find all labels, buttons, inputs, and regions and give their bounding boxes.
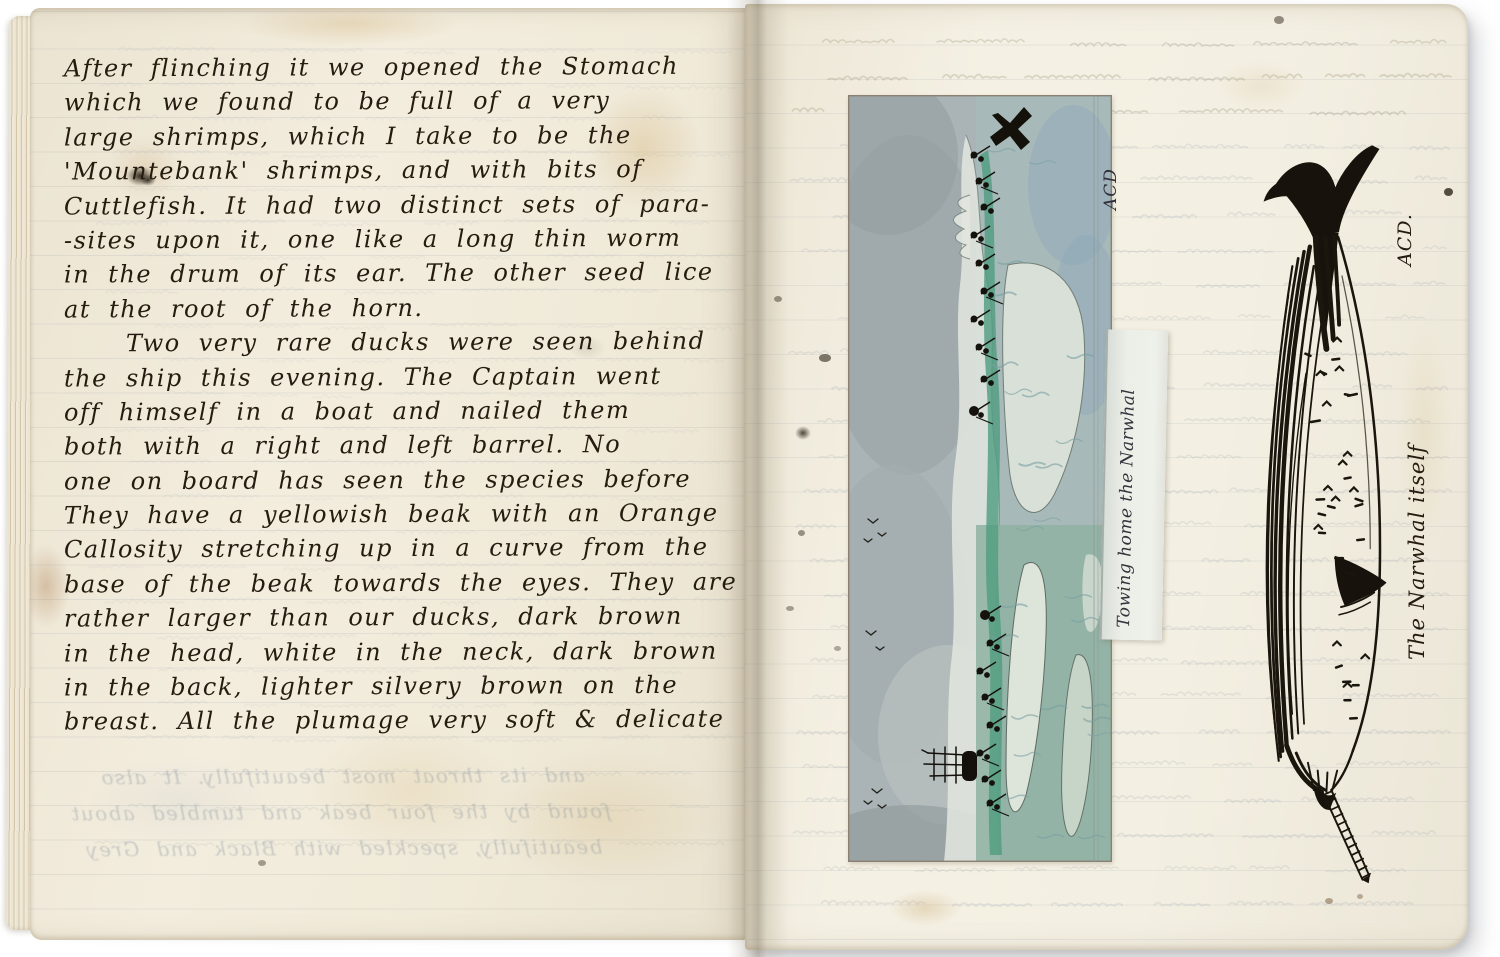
- ink-speck: [819, 354, 831, 362]
- ink-speck: [1444, 188, 1453, 196]
- watercolor-painting: [848, 95, 1112, 862]
- right-page: ACD Towing home the Narwhal: [745, 4, 1468, 950]
- diary-line: in the head, white in the neck, dark bro…: [64, 633, 746, 670]
- diary-entry-text: After flinching it we opened the Stomach…: [64, 50, 746, 738]
- bleed-through-line: and its throat most beautifully. It also: [100, 763, 585, 790]
- diary-line: 'Mountebank' shrimps, and with bits of: [64, 152, 746, 189]
- diary-line: both with a right and left barrel. No: [64, 427, 746, 464]
- bleed-through-line: beautifully, speckled with Black and Gre…: [85, 835, 603, 862]
- paper-speck: [258, 860, 266, 866]
- diary-line: breast. All the plumage very soft & deli…: [64, 702, 746, 739]
- diary-line: in the back, lighter silvery brown on th…: [64, 668, 746, 705]
- diary-line: in the drum of its ear. The other seed l…: [64, 255, 746, 292]
- narwhal-spots: [1305, 338, 1369, 719]
- diary-line: rather larger than our ducks, dark brown: [64, 599, 746, 636]
- bleed-through-line: found by the four beak and tumbled about: [70, 799, 611, 826]
- ink-blot: [795, 426, 811, 440]
- narwhal-tusk: [1324, 794, 1363, 880]
- paper-speck: [1325, 898, 1333, 904]
- diary-line: -sites upon it, one like a long thin wor…: [64, 220, 746, 257]
- watercolor-caption: Towing home the Narwhal: [1114, 348, 1140, 628]
- ink-speck: [798, 530, 805, 536]
- diary-line: one on board has seen the species before: [64, 461, 746, 498]
- diary-line: off himself in a boat and nailed them: [64, 392, 746, 429]
- narwhal-back-hatching: [1266, 247, 1322, 761]
- ink-speck: [834, 646, 841, 651]
- diary-line: large shrimps, which I take to be the: [64, 117, 746, 154]
- watercolor-signature: ACD: [1101, 120, 1121, 210]
- ink-drawing-signature: ACD.: [1394, 166, 1416, 266]
- diary-line: at the root of the horn.: [64, 289, 746, 326]
- paper-stain: [1215, 60, 1307, 112]
- ink-drawing-caption: The Narwhal itself: [1405, 350, 1429, 660]
- diary-line: base of the beak towards the eyes. They …: [64, 564, 746, 601]
- narwhal-ink-drawing: [1232, 132, 1417, 897]
- diary-line: They have a yellowish beak with an Orang…: [64, 496, 746, 533]
- diary-line: Cuttlefish. It had two distinct sets of …: [64, 186, 746, 223]
- diary-line: Two very rare ducks were seen behind: [64, 324, 746, 361]
- diary-line: Callosity stretching up in a curve from …: [64, 530, 746, 567]
- diary-line: After flinching it we opened the Stomach: [64, 48, 746, 85]
- diary-line: which we found to be full of a very: [64, 83, 746, 120]
- caption-slip: Towing home the Narwhal: [1100, 329, 1168, 640]
- left-page: After flinching it we opened the Stomach…: [30, 8, 746, 940]
- journal-photo: After flinching it we opened the Stomach…: [0, 0, 1500, 957]
- narwhal-fluke: [1277, 146, 1378, 237]
- diary-line: the ship this evening. The Captain went: [64, 358, 746, 395]
- narwhal-belly-outline: [1338, 237, 1380, 751]
- book-gutter: [727, 0, 789, 957]
- paper-stain: [889, 890, 961, 926]
- ink-speck: [1274, 16, 1284, 24]
